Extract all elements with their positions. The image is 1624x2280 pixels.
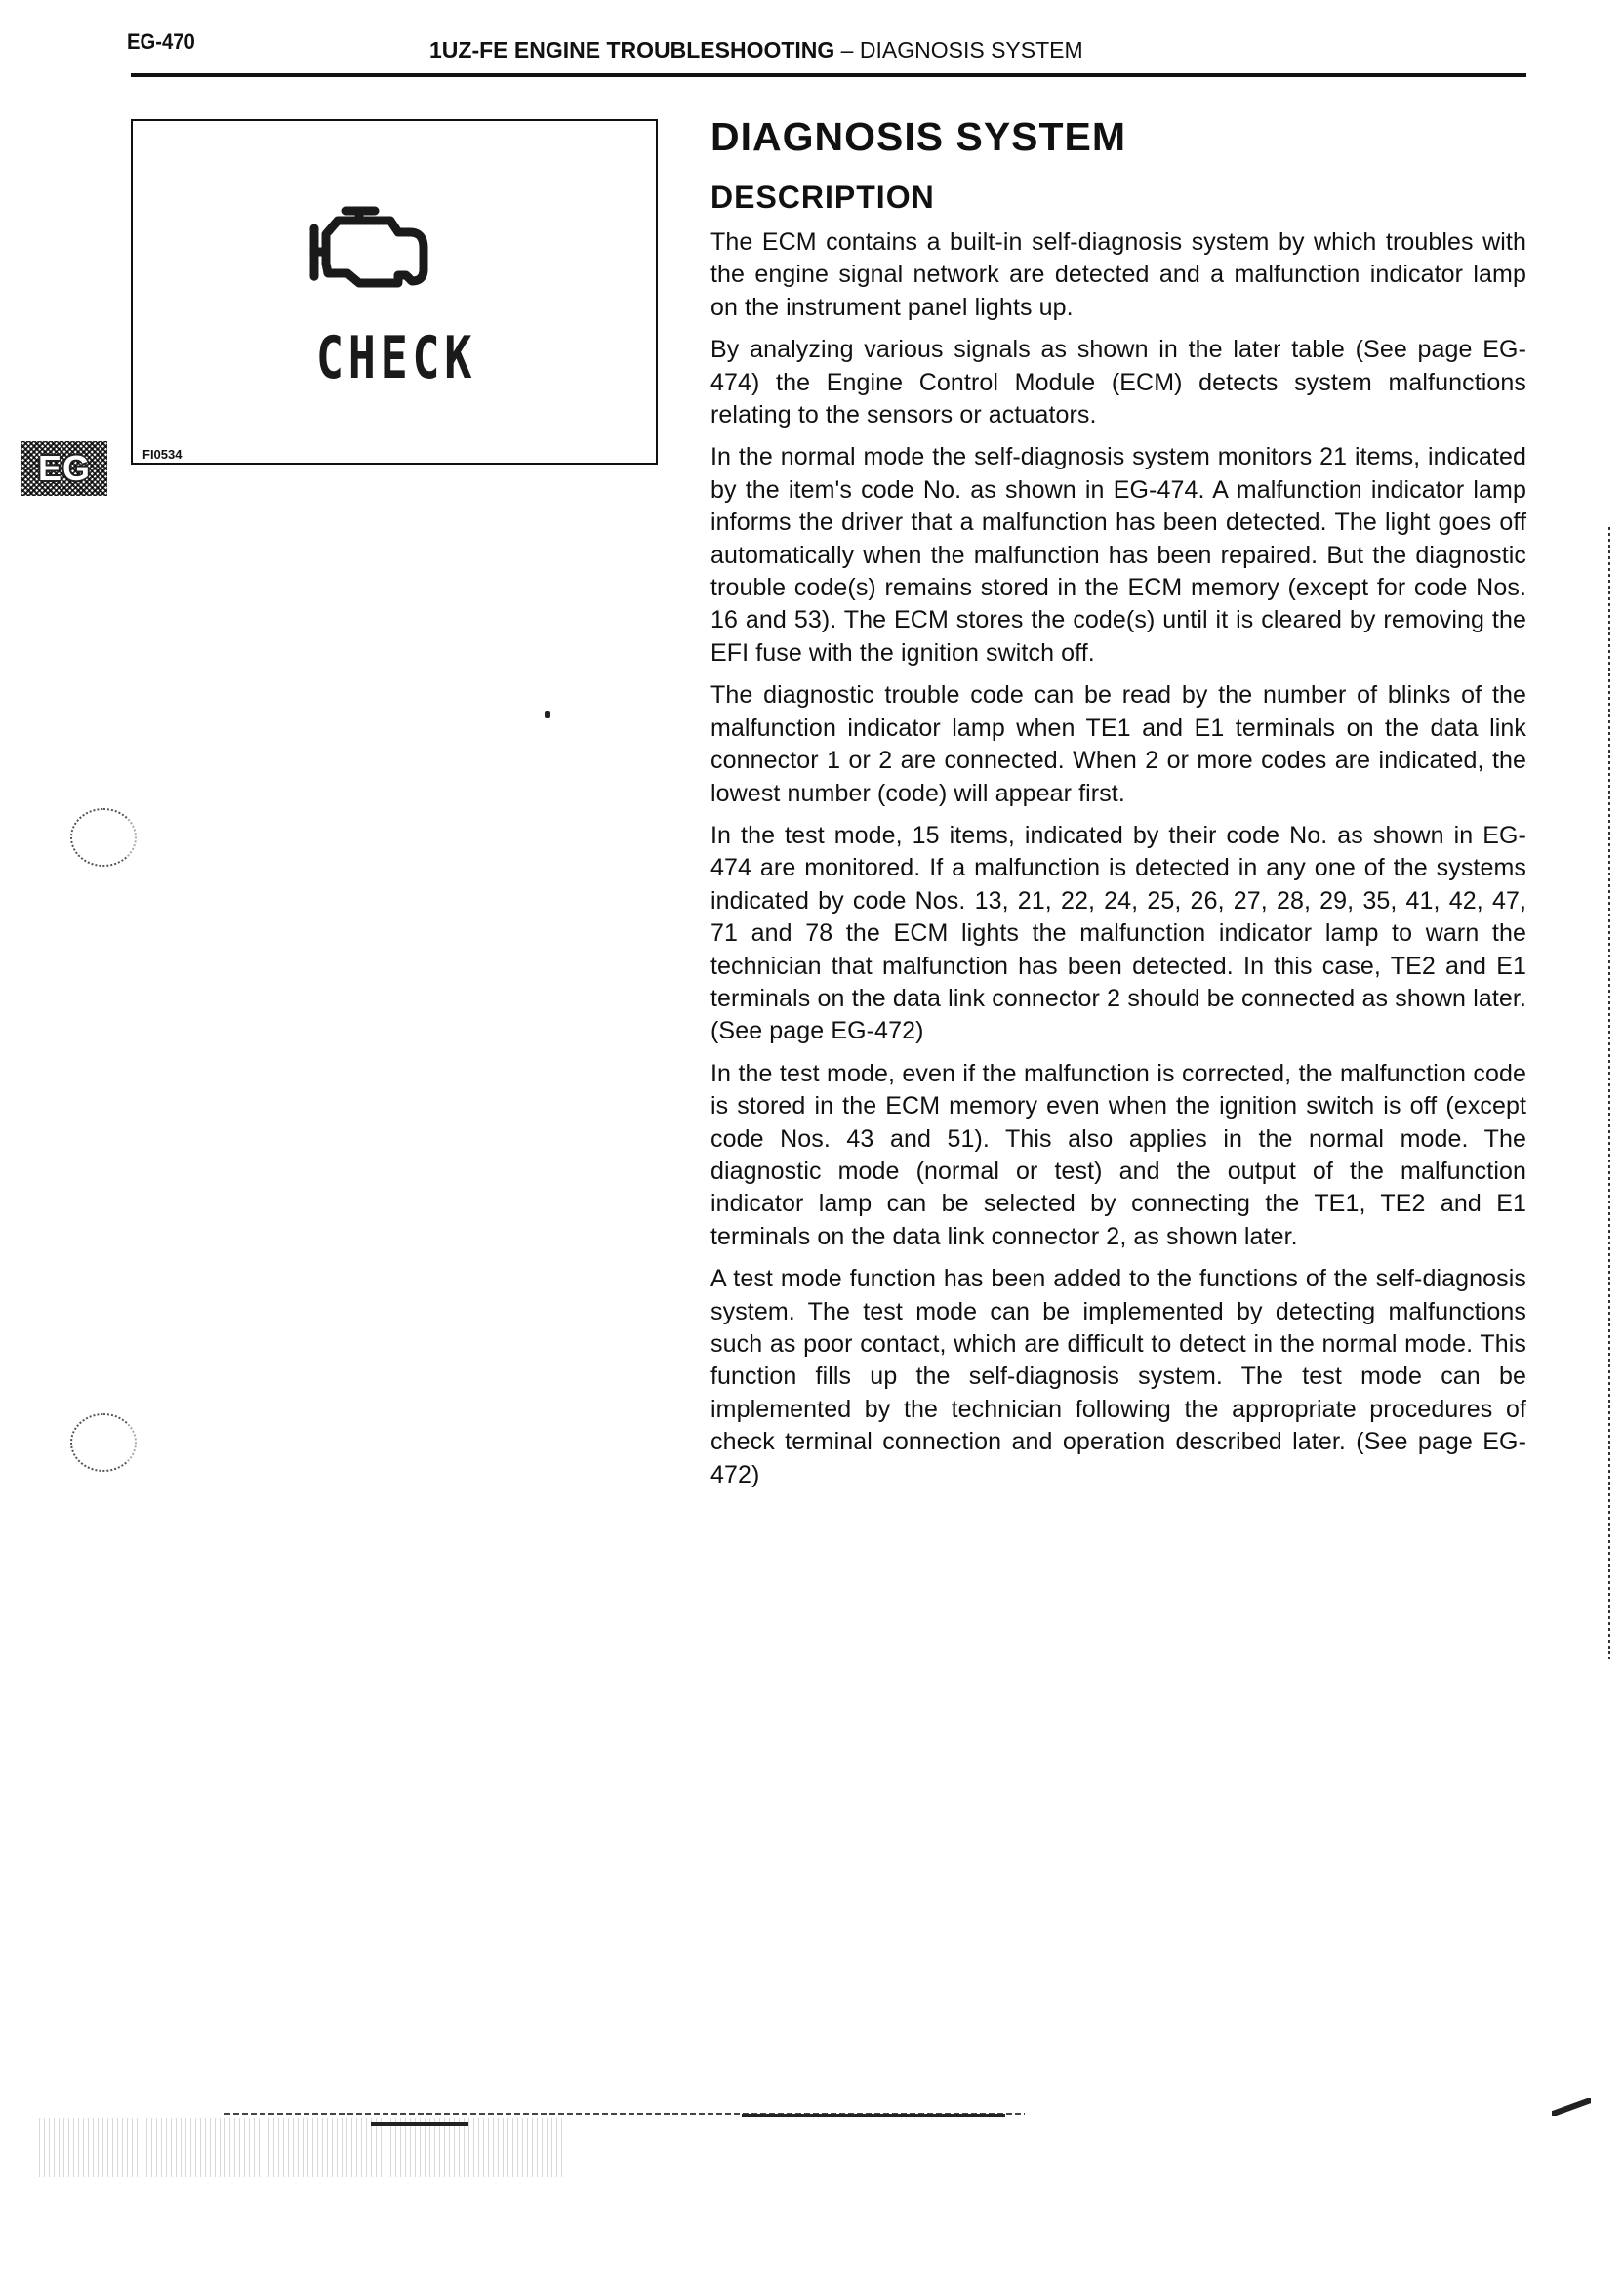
page-edge-mark [1608, 527, 1610, 1659]
paragraph: The ECM contains a built-in self-diagnos… [710, 226, 1526, 324]
paragraph: The diagnostic trouble code can be read … [710, 679, 1526, 810]
header-title-bold: 1UZ-FE ENGINE TROUBLESHOOTING [429, 37, 834, 62]
binder-hole-mark [70, 808, 137, 867]
binder-hole-mark [70, 1413, 137, 1472]
scan-noise-mark [1552, 2098, 1591, 2116]
check-label: CHECK [304, 324, 487, 392]
paragraph: A test mode function has been added to t… [710, 1263, 1526, 1491]
paragraph: In the normal mode the self-diagnosis sy… [710, 441, 1526, 670]
section-tab-label: EG [38, 448, 91, 489]
subsection-title: DESCRIPTION [710, 174, 1526, 221]
section-tab-eg: EG [21, 441, 107, 496]
header-title-normal: DIAGNOSIS SYSTEM [860, 37, 1083, 62]
figure-check-engine: CHECK FI0534 [131, 119, 658, 465]
scan-noise-line [371, 2122, 468, 2126]
header-title-separator: – [834, 37, 860, 62]
paragraph: In the test mode, even if the malfunctio… [710, 1058, 1526, 1253]
figure-id: FI0534 [142, 447, 182, 462]
header-rule [131, 73, 1526, 77]
paragraph: By analyzing various signals as shown in… [710, 334, 1526, 431]
paragraph: In the test mode, 15 items, indicated by… [710, 820, 1526, 1048]
running-header: 1UZ-FE ENGINE TROUBLESHOOTING – DIAGNOSI… [429, 37, 1083, 63]
check-engine-icon [308, 205, 430, 293]
section-title: DIAGNOSIS SYSTEM [710, 109, 1526, 164]
page-number: EG-470 [127, 29, 195, 55]
scan-noise [39, 2118, 566, 2177]
scan-noise-line [742, 2114, 1005, 2117]
scan-speck [545, 711, 550, 718]
main-content: DIAGNOSIS SYSTEM DESCRIPTION The ECM con… [710, 109, 1526, 1501]
